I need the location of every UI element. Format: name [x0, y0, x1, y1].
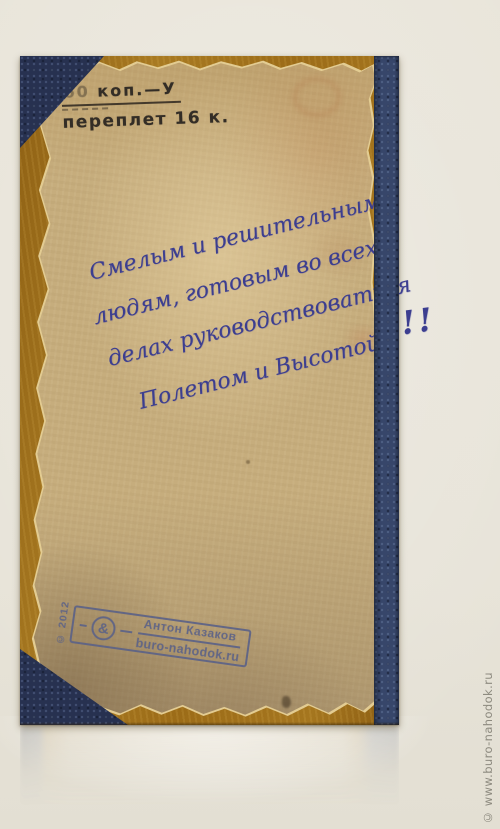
small-dot-stain — [246, 460, 250, 464]
stamp-middle-dash — [120, 630, 132, 634]
ampersand-stamp-icon: & — [90, 615, 117, 642]
cover-spine-strip — [374, 56, 399, 725]
book-bottom-edge-shadow — [20, 722, 399, 725]
book-reflection — [20, 727, 399, 827]
photo-stage: 60 коп.—У переплет 16 к. Смелым и решите… — [0, 0, 500, 829]
price-unit: коп.—У — [97, 79, 177, 101]
printed-price-label: 60 коп.—У переплет 16 к. — [61, 77, 230, 133]
stamp-text-block: Антон Казаков buro-nahodok.ru — [135, 616, 243, 664]
dark-speck-stain — [282, 696, 291, 708]
vintage-book-back-cover: 60 коп.—У переплет 16 к. Смелым и решите… — [20, 56, 399, 725]
dashed-underline — [62, 107, 108, 111]
photo-watermark: © www.buro-nahodok.ru — [481, 672, 495, 825]
stamp-left-dash — [80, 624, 87, 627]
ring-stain — [292, 76, 342, 118]
